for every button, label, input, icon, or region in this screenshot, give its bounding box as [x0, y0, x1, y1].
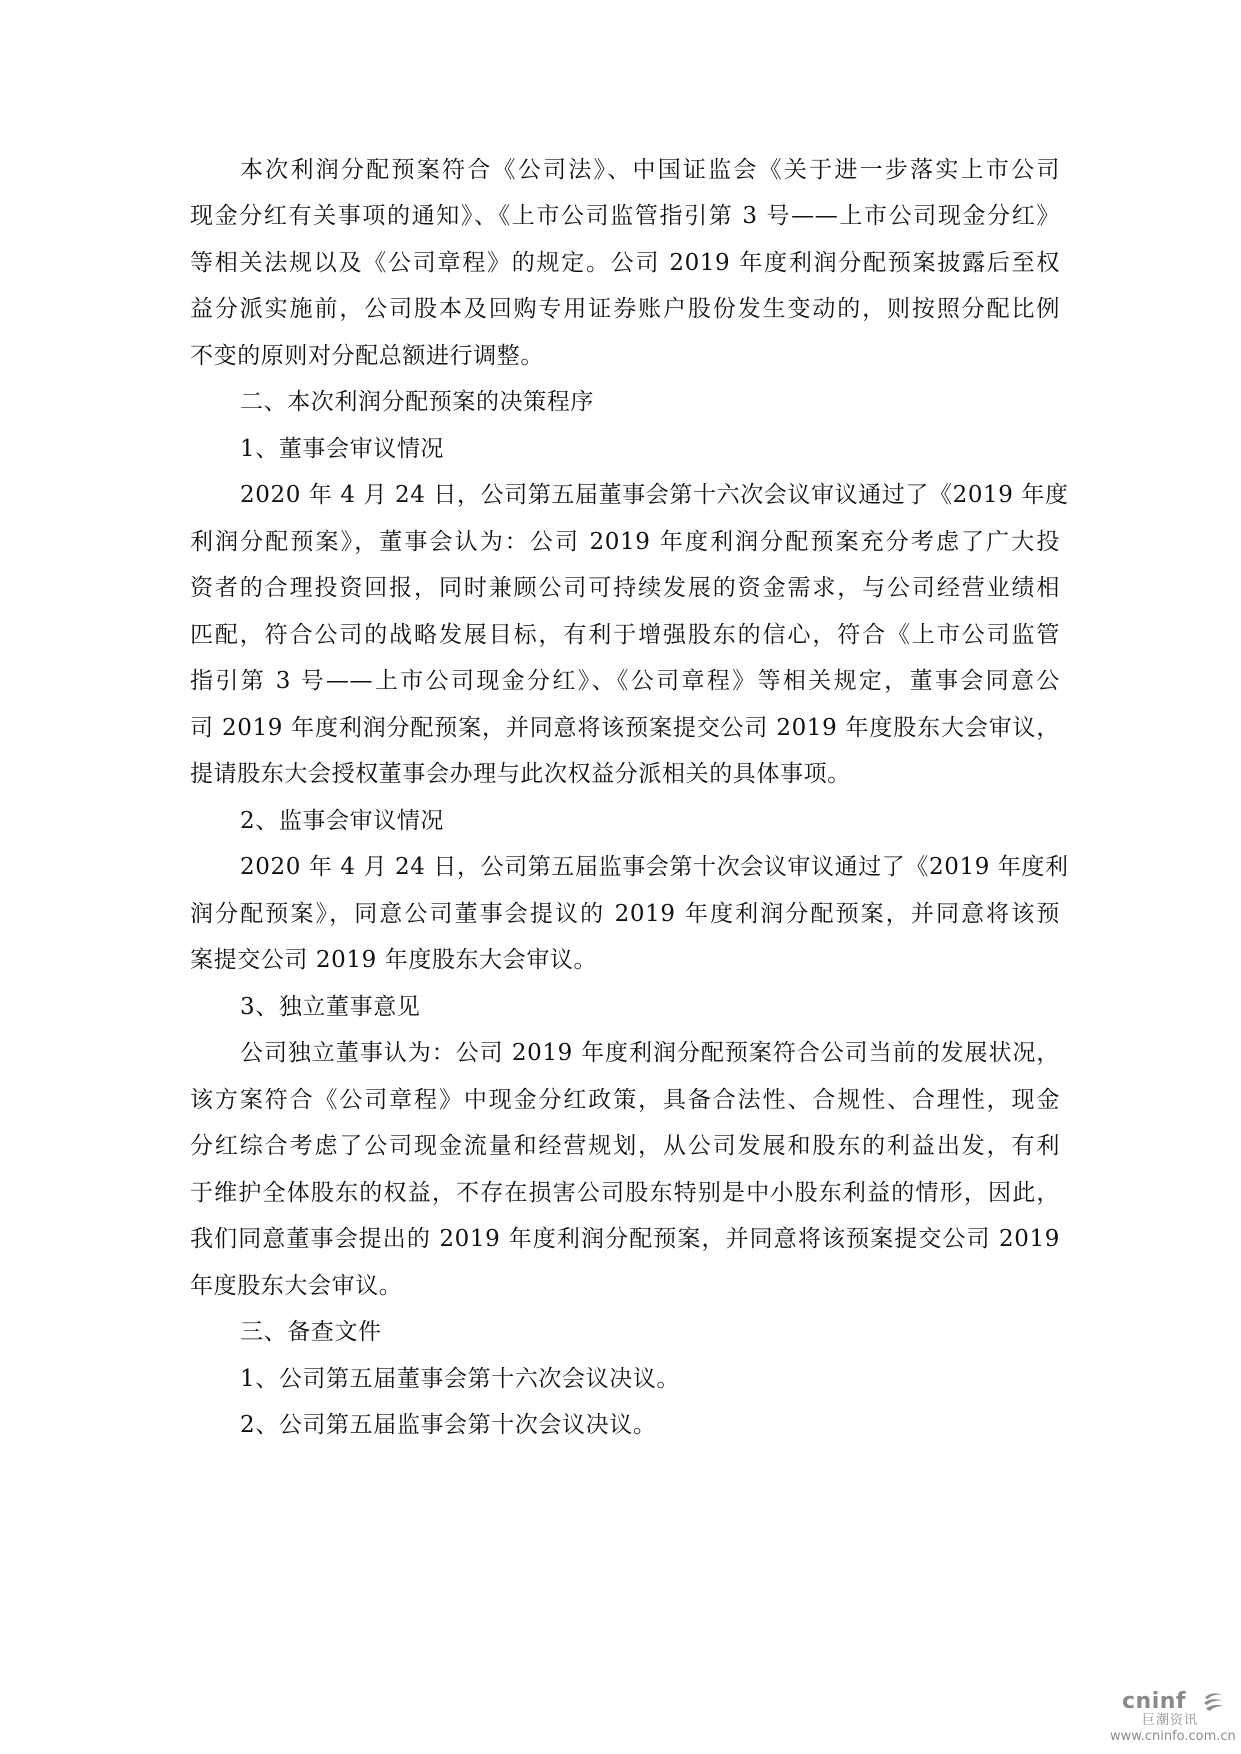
paragraph-line: 2020 年 4 月 24 日，公司第五届监事会第十次会议审议通过了《2019 …	[240, 849, 1060, 885]
section-heading: 三、备查文件	[240, 1314, 1060, 1350]
paragraph-line: 润分配预案》，同意公司董事会提议的 2019 年度利润分配预案，并同意将该预	[190, 896, 1060, 932]
paragraph-line: 资者的合理投资回报，同时兼顾公司可持续发展的资金需求，与公司经营业绩相	[190, 570, 1060, 606]
paragraph-line: 益分派实施前，公司股本及回购专用证券账户股份发生变动的，则按照分配比例	[190, 291, 1060, 327]
paragraph-line: 司 2019 年度利润分配预案，并同意将该预案提交公司 2019 年度股东大会审…	[190, 710, 1060, 746]
paragraph-line: 提请股东大会授权董事会办理与此次权益分派相关的具体事项。	[190, 756, 1060, 792]
paragraph-line: 2020 年 4 月 24 日，公司第五届董事会第十六次会议审议通过了《2019…	[240, 477, 1060, 513]
paragraph-line: 利润分配预案》，董事会认为：公司 2019 年度利润分配预案充分考虑了广大投	[190, 524, 1060, 560]
paragraph-line: 等相关法规以及《公司章程》的规定。公司 2019 年度利润分配预案披露后至权	[190, 245, 1060, 281]
watermark-url: www.cninfo.com.cn	[1110, 1730, 1236, 1744]
paragraph-line: 于维护全体股东的权益，不存在损害公司股东特别是中小股东利益的情形，因此，	[190, 1175, 1060, 1211]
list-item: 2、公司第五届监事会第十次会议决议。	[240, 1407, 1060, 1443]
subsection-heading: 3、独立董事意见	[240, 989, 1060, 1025]
cninfo-swirl-icon	[1202, 1692, 1224, 1712]
watermark-chinese-name: 巨潮资讯	[1142, 1714, 1198, 1728]
subsection-heading: 2、监事会审议情况	[240, 803, 1060, 839]
list-item: 1、公司第五届董事会第十六次会议决议。	[240, 1361, 1060, 1397]
paragraph-line: 年度股东大会审议。	[190, 1268, 1060, 1304]
paragraph-line: 本次利润分配预案符合《公司法》、中国证监会《关于进一步落实上市公司	[240, 152, 1060, 188]
paragraph-line: 分红综合考虑了公司现金流量和经营规划，从公司发展和股东的利益出发，有利	[190, 1128, 1060, 1164]
paragraph-line: 我们同意董事会提出的 2019 年度利润分配预案，并同意将该预案提交公司 201…	[190, 1221, 1060, 1257]
watermark-logo-text: cninf	[1122, 1690, 1186, 1714]
paragraph-line: 案提交公司 2019 年度股东大会审议。	[190, 942, 1060, 978]
document-page: 本次利润分配预案符合《公司法》、中国证监会《关于进一步落实上市公司 现金分红有关…	[0, 0, 1241, 1754]
paragraph-line: 不变的原则对分配总额进行调整。	[190, 338, 1060, 374]
paragraph-line: 该方案符合《公司章程》中现金分红政策，具备合法性、合规性、合理性，现金	[190, 1082, 1060, 1118]
section-heading: 二、本次利润分配预案的决策程序	[240, 384, 1060, 420]
paragraph-line: 指引第 3 号——上市公司现金分红》、《公司章程》等相关规定，董事会同意公	[190, 663, 1060, 699]
cninfo-watermark: cninf 巨潮资讯 www.cninfo.com.cn	[1110, 1690, 1240, 1750]
subsection-heading: 1、董事会审议情况	[240, 431, 1060, 467]
paragraph-line: 现金分红有关事项的通知》、《上市公司监管指引第 3 号——上市公司现金分红》	[190, 198, 1060, 234]
paragraph-line: 公司独立董事认为：公司 2019 年度利润分配预案符合公司当前的发展状况，	[240, 1035, 1060, 1071]
paragraph-line: 匹配，符合公司的战略发展目标，有利于增强股东的信心，符合《上市公司监管	[190, 617, 1060, 653]
